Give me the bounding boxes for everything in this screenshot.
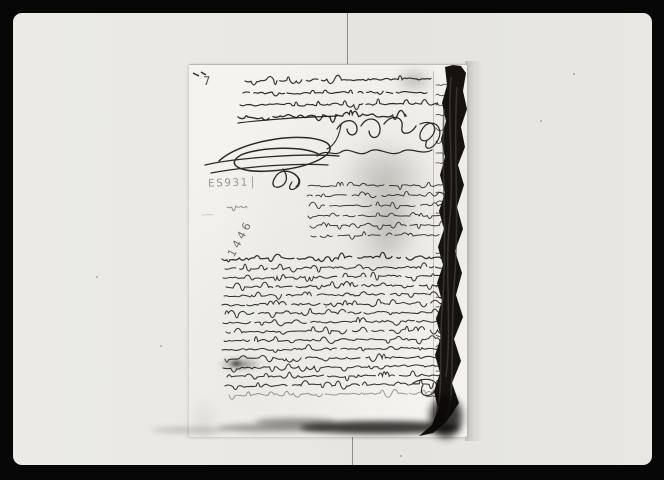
page-bottom-smudge — [152, 427, 227, 433]
manuscript-page: 7 ES931 1446 — [189, 64, 467, 437]
dust-speck — [400, 455, 402, 457]
dust-speck — [96, 276, 98, 278]
photo-area: 7 ES931 1446 — [13, 13, 652, 465]
dust-speck — [573, 73, 575, 75]
page-fold-line-bottom — [352, 436, 353, 465]
page-fold-line-top — [347, 13, 348, 64]
page-bottom-smudge — [430, 396, 462, 438]
dust-speck — [160, 345, 162, 347]
damaged-edge-svg — [189, 65, 467, 437]
dust-speck — [540, 120, 542, 122]
page-bottom-smudge — [255, 418, 335, 426]
page-edge-shadow — [465, 61, 483, 441]
scan-frame: 7 ES931 1446 — [0, 0, 664, 480]
dust-speck — [325, 306, 327, 308]
